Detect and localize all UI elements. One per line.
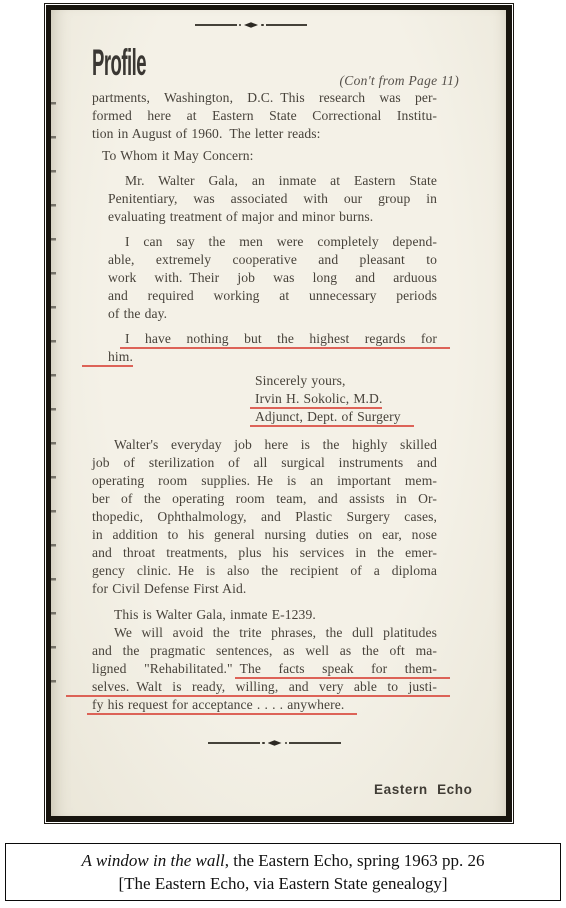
text-segment: evaluating treatment of major and minor … (108, 209, 373, 224)
paragraph: We will avoid the trite phrases, the dul… (92, 624, 437, 714)
red-underlined-text: selves. Walt is ready, willing, and very… (66, 679, 450, 697)
paragraph: Mr. Walter Gala, an inmate at Eastern St… (108, 172, 437, 226)
text-segment: for Civil Defense First Aid. (92, 581, 246, 596)
red-underlined-text: him. (82, 349, 133, 367)
text-segment: and required working at unnecessary peri… (108, 288, 437, 303)
text-line: Mr. Walter Gala, an inmate at Eastern St… (108, 172, 437, 190)
text-line: evaluating treatment of major and minor … (108, 208, 437, 226)
text-segment: tion in August of 1960. The letter reads… (92, 126, 321, 141)
red-underlined-text: The facts speak for them- (235, 661, 450, 679)
text-line: ligned "Rehabilitated." The facts speak … (92, 660, 437, 678)
ornamental-divider-bottom (208, 740, 341, 746)
text-segment: Sincerely yours, (255, 373, 346, 388)
caption-title-line: A window in the wall, the Eastern Echo, … (82, 849, 485, 872)
red-underlined-text: Adjunct, Dept. of Surgery (250, 409, 414, 427)
divider-rule (208, 742, 260, 743)
text-line: Walter's everyday job here is the highly… (92, 436, 437, 454)
caption-box: A window in the wall, the Eastern Echo, … (5, 843, 561, 901)
text-line: selves. Walt is ready, willing, and very… (92, 678, 437, 696)
paragraph: To Whom it May Concern: (92, 147, 437, 165)
paragraph: I can say the men were completely depend… (108, 233, 437, 323)
paragraph: This is Walter Gala, inmate E-1239. (92, 606, 437, 624)
text-line: gency clinic. He is also the recipient o… (92, 562, 437, 580)
text-line: ber of the operating room team, and assi… (92, 490, 437, 508)
text-segment: ligned "Rehabilitated." (92, 661, 240, 676)
text-line: for Civil Defense First Aid. (92, 580, 437, 598)
text-segment: Walter's everyday job here is the highly… (114, 437, 437, 452)
text-line: Penitentiary, was associated with our gr… (108, 190, 437, 208)
red-underlined-text: I have nothing but the highest regards f… (120, 331, 450, 349)
article-body: partments, Washington, D.C. This researc… (92, 89, 437, 714)
text-segment: To Whom it May Concern: (102, 148, 254, 163)
text-segment: We will avoid the trite phrases, the dul… (114, 625, 437, 640)
profile-masthead: Profile (92, 48, 146, 78)
text-line: work with. Their job was long and arduou… (108, 269, 437, 287)
divider-dot (262, 742, 265, 745)
text-segment: operating room supplies. He is an import… (92, 473, 437, 488)
text-line: Adjunct, Dept. of Surgery (255, 408, 437, 426)
text-line: and the pragmatic sentences, as well as … (92, 642, 437, 660)
text-segment: in addition to his general nursing dutie… (92, 527, 437, 542)
paragraph: Sincerely yours,Irvin H. Sokolic, M.D.Ad… (255, 372, 437, 426)
text-segment: thopedic, Ophthalmology, and Plastic Sur… (92, 509, 437, 524)
text-line: in addition to his general nursing dutie… (92, 526, 437, 544)
text-segment: of the day. (108, 306, 167, 321)
red-underlined-text: Irvin H. Sokolic, M.D. (250, 391, 382, 409)
text-segment: This is Walter Gala, inmate E-1239. (114, 607, 316, 622)
paragraph: Walter's everyday job here is the highly… (92, 436, 437, 598)
text-segment: ber of the operating room team, and assi… (92, 491, 437, 506)
text-line: and required working at unnecessary peri… (108, 287, 437, 305)
text-line: formed here at Eastern State Correctiona… (92, 107, 437, 125)
text-segment: Mr. Walter Gala, an inmate at Eastern St… (125, 173, 437, 188)
paragraph: I have nothing but the highest regards f… (108, 330, 437, 366)
divider-dot (239, 24, 242, 27)
scanned-page: Profile (Con't from Page 11) partments, … (46, 5, 512, 822)
text-segment: and the pragmatic sentences, as well as … (92, 643, 437, 658)
divider-rule (195, 24, 237, 25)
article-column: Profile (Con't from Page 11) partments, … (92, 44, 437, 714)
text-line: I can say the men were completely depend… (108, 233, 437, 251)
continuation-note: (Con't from Page 11) (340, 73, 460, 89)
text-line: operating room supplies. He is an import… (92, 472, 437, 490)
text-line: We will avoid the trite phrases, the dul… (92, 624, 437, 642)
text-line: of the day. (108, 305, 437, 323)
caption-title-rest: , the Eastern Echo, spring 1963 pp. 26 (225, 851, 485, 870)
text-segment: gency clinic. He is also the recipient o… (92, 563, 437, 578)
caption-source-line: [The Eastern Echo, via Eastern State gen… (118, 872, 447, 895)
text-line: Sincerely yours, (255, 372, 437, 390)
text-segment: partments, Washington, D.C. This researc… (92, 90, 437, 105)
text-segment: formed here at Eastern State Correctiona… (92, 108, 437, 123)
paragraph: partments, Washington, D.C. This researc… (92, 89, 437, 143)
screenshot-root: { "scan": { "masthead": "Profile", "cont… (0, 0, 566, 908)
text-line: I have nothing but the highest regards f… (108, 330, 437, 348)
divider-rule (266, 24, 308, 25)
text-segment: I can say the men were completely depend… (125, 234, 437, 249)
text-segment: Penitentiary, was associated with our gr… (108, 191, 437, 206)
text-line: and throat treatments, plus his services… (92, 544, 437, 562)
text-line: tion in August of 1960. The letter reads… (92, 125, 437, 143)
divider-dot (261, 24, 264, 27)
text-line: partments, Washington, D.C. This researc… (92, 89, 437, 107)
publication-credit: Eastern Echo (374, 782, 472, 797)
text-line: him. (108, 348, 437, 366)
divider-diamond-icon (268, 740, 282, 746)
text-line: able, extremely cooperative and pleasant… (108, 251, 437, 269)
text-segment: and throat treatments, plus his services… (92, 545, 437, 560)
text-segment: job of sterilization of all surgical ins… (92, 455, 437, 470)
caption-title-italic: A window in the wall (82, 851, 225, 870)
text-line: fy his request for acceptance . . . . an… (92, 696, 437, 714)
text-line: To Whom it May Concern: (92, 147, 437, 165)
text-line: Irvin H. Sokolic, M.D. (255, 390, 437, 408)
scan-artifact-binding-marks (50, 102, 56, 692)
divider-rule (289, 742, 341, 743)
divider-dot (285, 742, 288, 745)
article-header: Profile (Con't from Page 11) (92, 44, 437, 78)
text-line: thopedic, Ophthalmology, and Plastic Sur… (92, 508, 437, 526)
text-line: job of sterilization of all surgical ins… (92, 454, 437, 472)
red-underlined-text: fy his request for acceptance . . . . an… (87, 697, 357, 715)
text-segment: work with. Their job was long and arduou… (108, 270, 437, 285)
divider-diamond-icon (244, 22, 258, 28)
text-line: This is Walter Gala, inmate E-1239. (92, 606, 437, 624)
text-segment: able, extremely cooperative and pleasant… (108, 252, 437, 267)
ornamental-divider-top (195, 22, 307, 28)
